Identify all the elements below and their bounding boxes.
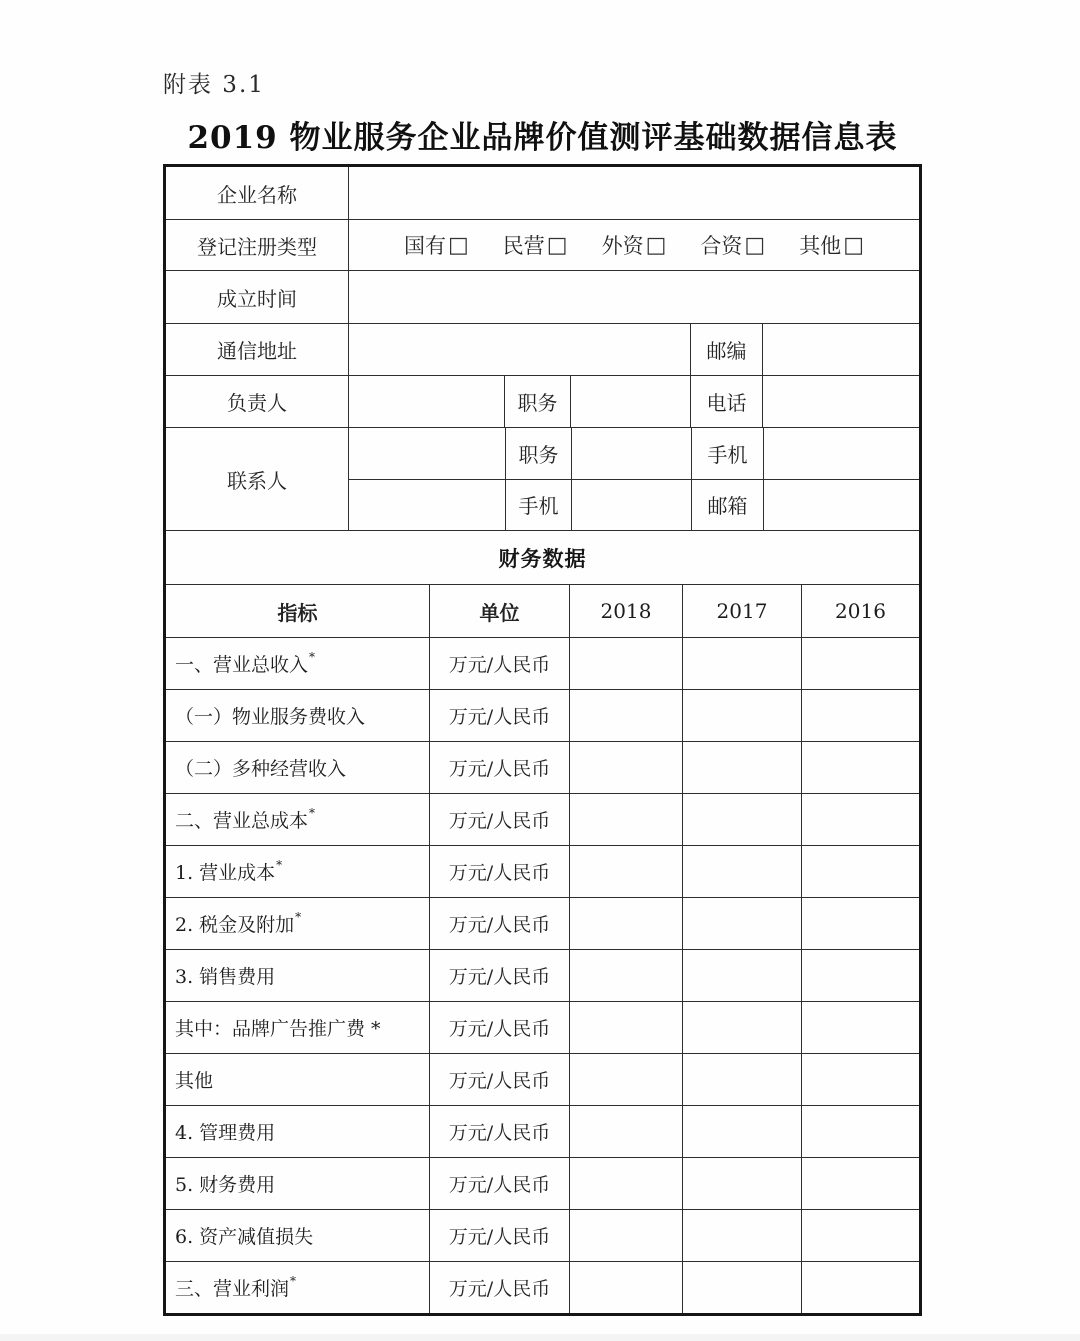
finance-unit-cell: 万元/人民币 xyxy=(429,742,569,793)
reg-option-state-owned[interactable]: 国有□ xyxy=(404,230,469,260)
company-name-input[interactable] xyxy=(348,167,919,219)
finance-value-cell-2016[interactable] xyxy=(801,690,919,741)
finance-indicator-label: 3. 销售费用 xyxy=(175,962,275,989)
finance-indicator-cell: 1. 营业成本* xyxy=(166,846,429,897)
finance-value-cell-2018[interactable] xyxy=(569,1054,682,1105)
finance-indicator-cell: 一、营业总收入* xyxy=(166,638,429,689)
finance-unit-cell: 万元/人民币 xyxy=(429,1106,569,1157)
finance-value-cell-2016[interactable] xyxy=(801,1054,919,1105)
finance-indicator-label: 5. 财务费用 xyxy=(175,1170,275,1197)
finance-value-cell-2017[interactable] xyxy=(682,1106,801,1157)
finance-indicator-label: （二）多种经营收入 xyxy=(175,754,346,781)
finance-indicator-cell: 二、营业总成本* xyxy=(166,794,429,845)
contact-position-label: 职务 xyxy=(505,428,571,479)
finance-value-cell-2018[interactable] xyxy=(569,1106,682,1157)
finance-value-cell-2017[interactable] xyxy=(682,794,801,845)
finance-row: 其中：品牌广告推广费 *万元/人民币 xyxy=(166,1001,919,1053)
finance-unit-cell: 万元/人民币 xyxy=(429,950,569,1001)
finance-header-unit: 单位 xyxy=(429,585,569,637)
finance-unit-cell: 万元/人民币 xyxy=(429,1262,569,1313)
contact-person-rows: 联系人 职务 手机 手机 邮箱 xyxy=(166,427,919,530)
finance-value-cell-2018[interactable] xyxy=(569,950,682,1001)
address-input[interactable] xyxy=(348,324,690,375)
finance-unit-cell: 万元/人民币 xyxy=(429,898,569,949)
finance-header-year-2017: 2017 xyxy=(682,585,801,637)
finance-row: 二、营业总成本*万元/人民币 xyxy=(166,793,919,845)
finance-value-cell-2016[interactable] xyxy=(801,1158,919,1209)
finance-indicator-label: 6. 资产减值损失 xyxy=(175,1222,313,1249)
finance-indicator-label: 三、营业利润 xyxy=(175,1274,289,1301)
finance-header-row: 指标 单位 2018 2017 2016 xyxy=(166,584,919,637)
reg-option-private[interactable]: 民营□ xyxy=(503,230,568,260)
finance-value-cell-2018[interactable] xyxy=(569,794,682,845)
reg-option-foreign[interactable]: 外资□ xyxy=(602,230,667,260)
finance-value-cell-2017[interactable] xyxy=(682,690,801,741)
finance-indicator-label: 其他 xyxy=(175,1066,213,1093)
finance-indicator-cell: 5. 财务费用 xyxy=(166,1158,429,1209)
finance-value-cell-2017[interactable] xyxy=(682,950,801,1001)
finance-indicator-cell: （二）多种经营收入 xyxy=(166,742,429,793)
finance-indicator-label: 2. 税金及附加 xyxy=(175,910,294,937)
finance-value-cell-2018[interactable] xyxy=(569,690,682,741)
contact-mobile-label: 手机 xyxy=(691,428,763,479)
contact-position-input[interactable] xyxy=(571,428,691,479)
finance-value-cell-2018[interactable] xyxy=(569,638,682,689)
finance-unit-cell: 万元/人民币 xyxy=(429,638,569,689)
address-label: 通信地址 xyxy=(166,324,348,375)
finance-value-cell-2016[interactable] xyxy=(801,846,919,897)
person-in-charge-label: 负责人 xyxy=(166,376,348,427)
finance-value-cell-2016[interactable] xyxy=(801,1002,919,1053)
contact-subrow-1: 职务 手机 xyxy=(349,428,919,479)
finance-row: 其他万元/人民币 xyxy=(166,1053,919,1105)
finance-unit-cell: 万元/人民币 xyxy=(429,1054,569,1105)
reg-option-other[interactable]: 其他□ xyxy=(799,230,864,260)
finance-row: 6. 资产减值损失万元/人民币 xyxy=(166,1209,919,1261)
company-name-row: 企业名称 xyxy=(166,167,919,219)
contact-email-label: 邮箱 xyxy=(691,480,763,531)
person-in-charge-phone-label: 电话 xyxy=(690,376,762,427)
finance-value-cell-2016[interactable] xyxy=(801,898,919,949)
finance-rows: 一、营业总收入*万元/人民币（一）物业服务费收入万元/人民币（二）多种经营收入万… xyxy=(166,637,919,1313)
checkbox-icon[interactable]: □ xyxy=(744,233,765,258)
person-in-charge-position-label: 职务 xyxy=(504,376,570,427)
finance-indicator-label: 一、营业总收入 xyxy=(175,650,308,677)
contact-mobile2-label: 手机 xyxy=(505,480,571,531)
finance-indicator-cell: 6. 资产减值损失 xyxy=(166,1210,429,1261)
finance-indicator-label: （一）物业服务费收入 xyxy=(175,702,365,729)
finance-value-cell-2017[interactable] xyxy=(682,846,801,897)
finance-value-cell-2018[interactable] xyxy=(569,742,682,793)
finance-unit-cell: 万元/人民币 xyxy=(429,1210,569,1261)
finance-indicator-cell: 其中：品牌广告推广费 * xyxy=(166,1002,429,1053)
address-row: 通信地址 邮编 xyxy=(166,323,919,375)
finance-value-cell-2016[interactable] xyxy=(801,742,919,793)
checkbox-icon[interactable]: □ xyxy=(448,233,469,258)
postcode-input[interactable] xyxy=(762,324,919,375)
finance-header-year-2016: 2016 xyxy=(801,585,919,637)
finance-unit-cell: 万元/人民币 xyxy=(429,690,569,741)
person-in-charge-phone-input[interactable] xyxy=(762,376,919,427)
person-in-charge-position-input[interactable] xyxy=(570,376,690,427)
finance-indicator-label: 1. 营业成本 xyxy=(175,858,275,885)
registration-type-label: 登记注册类型 xyxy=(166,220,348,270)
contact-extra-input[interactable] xyxy=(349,480,505,531)
finance-value-cell-2016[interactable] xyxy=(801,1210,919,1261)
finance-value-cell-2018[interactable] xyxy=(569,846,682,897)
finance-value-cell-2017[interactable] xyxy=(682,742,801,793)
finance-value-cell-2016[interactable] xyxy=(801,1106,919,1157)
contact-mobile2-input[interactable] xyxy=(571,480,691,531)
finance-value-cell-2017[interactable] xyxy=(682,1002,801,1053)
footnote-asterisk: * xyxy=(290,1274,296,1288)
founded-date-row: 成立时间 xyxy=(166,270,919,323)
finance-value-cell-2017[interactable] xyxy=(682,638,801,689)
annex-label: 附表 3.1 xyxy=(163,66,265,99)
contact-subrow-2: 手机 邮箱 xyxy=(349,479,919,531)
finance-value-cell-2018[interactable] xyxy=(569,1262,682,1313)
finance-row: 3. 销售费用万元/人民币 xyxy=(166,949,919,1001)
finance-indicator-cell: （一）物业服务费收入 xyxy=(166,690,429,741)
finance-value-cell-2018[interactable] xyxy=(569,1158,682,1209)
finance-value-cell-2018[interactable] xyxy=(569,898,682,949)
finance-value-cell-2018[interactable] xyxy=(569,1210,682,1261)
finance-unit-cell: 万元/人民币 xyxy=(429,1158,569,1209)
form-table: 企业名称 登记注册类型 国有□ 民营□ 外资□ 合资□ 其他□ 成立时间 通 xyxy=(163,164,922,1316)
contact-name-input[interactable] xyxy=(349,428,505,479)
finance-value-cell-2018[interactable] xyxy=(569,1002,682,1053)
footnote-asterisk: * xyxy=(309,650,315,664)
contact-mobile-input[interactable] xyxy=(763,428,919,479)
finance-value-cell-2017[interactable] xyxy=(682,1158,801,1209)
finance-indicator-label: 其中：品牌广告推广费 * xyxy=(175,1014,381,1041)
company-name-label: 企业名称 xyxy=(166,167,348,219)
finance-indicator-label: 4. 管理费用 xyxy=(175,1118,275,1145)
reg-option-joint-venture[interactable]: 合资□ xyxy=(700,230,765,260)
footnote-asterisk: * xyxy=(295,910,301,924)
finance-value-cell-2017[interactable] xyxy=(682,1262,801,1313)
person-in-charge-name-input[interactable] xyxy=(348,376,504,427)
finance-value-cell-2017[interactable] xyxy=(682,1054,801,1105)
footnote-asterisk: * xyxy=(276,858,282,872)
postcode-label: 邮编 xyxy=(690,324,762,375)
contact-email-input[interactable] xyxy=(763,480,919,531)
finance-row: 4. 管理费用万元/人民币 xyxy=(166,1105,919,1157)
finance-row: 一、营业总收入*万元/人民币 xyxy=(166,637,919,689)
page-title: 2019 物业服务企业品牌价值测评基础数据信息表 xyxy=(150,112,935,157)
finance-row: 三、营业利润*万元/人民币 xyxy=(166,1261,919,1313)
finance-indicator-cell: 其他 xyxy=(166,1054,429,1105)
finance-value-cell-2017[interactable] xyxy=(682,898,801,949)
finance-indicator-cell: 三、营业利润* xyxy=(166,1262,429,1313)
finance-unit-cell: 万元/人民币 xyxy=(429,794,569,845)
footnote-asterisk: * xyxy=(309,806,315,820)
finance-value-cell-2016[interactable] xyxy=(801,638,919,689)
finance-header-indicator: 指标 xyxy=(166,585,429,637)
document-page: 附表 3.1 2019 物业服务企业品牌价值测评基础数据信息表 企业名称 登记注… xyxy=(0,0,1080,1341)
contact-person-label: 联系人 xyxy=(166,428,348,530)
finance-indicator-cell: 3. 销售费用 xyxy=(166,950,429,1001)
checkbox-icon[interactable]: □ xyxy=(843,233,864,258)
page-bottom-strip xyxy=(0,1334,1080,1341)
finance-value-cell-2017[interactable] xyxy=(682,1210,801,1261)
finance-indicator-cell: 4. 管理费用 xyxy=(166,1106,429,1157)
finance-value-cell-2016[interactable] xyxy=(801,794,919,845)
registration-type-options: 国有□ 民营□ 外资□ 合资□ 其他□ xyxy=(348,220,919,270)
finance-value-cell-2016[interactable] xyxy=(801,1262,919,1313)
finance-value-cell-2016[interactable] xyxy=(801,950,919,1001)
founded-date-label: 成立时间 xyxy=(166,271,348,323)
finance-unit-cell: 万元/人民币 xyxy=(429,1002,569,1053)
finance-section-title: 财务数据 xyxy=(166,531,919,584)
finance-row: （一）物业服务费收入万元/人民币 xyxy=(166,689,919,741)
founded-date-input[interactable] xyxy=(348,271,919,323)
person-in-charge-row: 负责人 职务 电话 xyxy=(166,375,919,427)
finance-header-year-2018: 2018 xyxy=(569,585,682,637)
finance-indicator-cell: 2. 税金及附加* xyxy=(166,898,429,949)
registration-type-row: 登记注册类型 国有□ 民营□ 外资□ 合资□ 其他□ xyxy=(166,219,919,270)
finance-indicator-label: 二、营业总成本 xyxy=(175,806,308,833)
finance-unit-cell: 万元/人民币 xyxy=(429,846,569,897)
finance-section-row: 财务数据 xyxy=(166,530,919,584)
finance-row: 1. 营业成本*万元/人民币 xyxy=(166,845,919,897)
checkbox-icon[interactable]: □ xyxy=(646,233,667,258)
finance-row: 2. 税金及附加*万元/人民币 xyxy=(166,897,919,949)
finance-row: 5. 财务费用万元/人民币 xyxy=(166,1157,919,1209)
finance-row: （二）多种经营收入万元/人民币 xyxy=(166,741,919,793)
checkbox-icon[interactable]: □ xyxy=(547,233,568,258)
